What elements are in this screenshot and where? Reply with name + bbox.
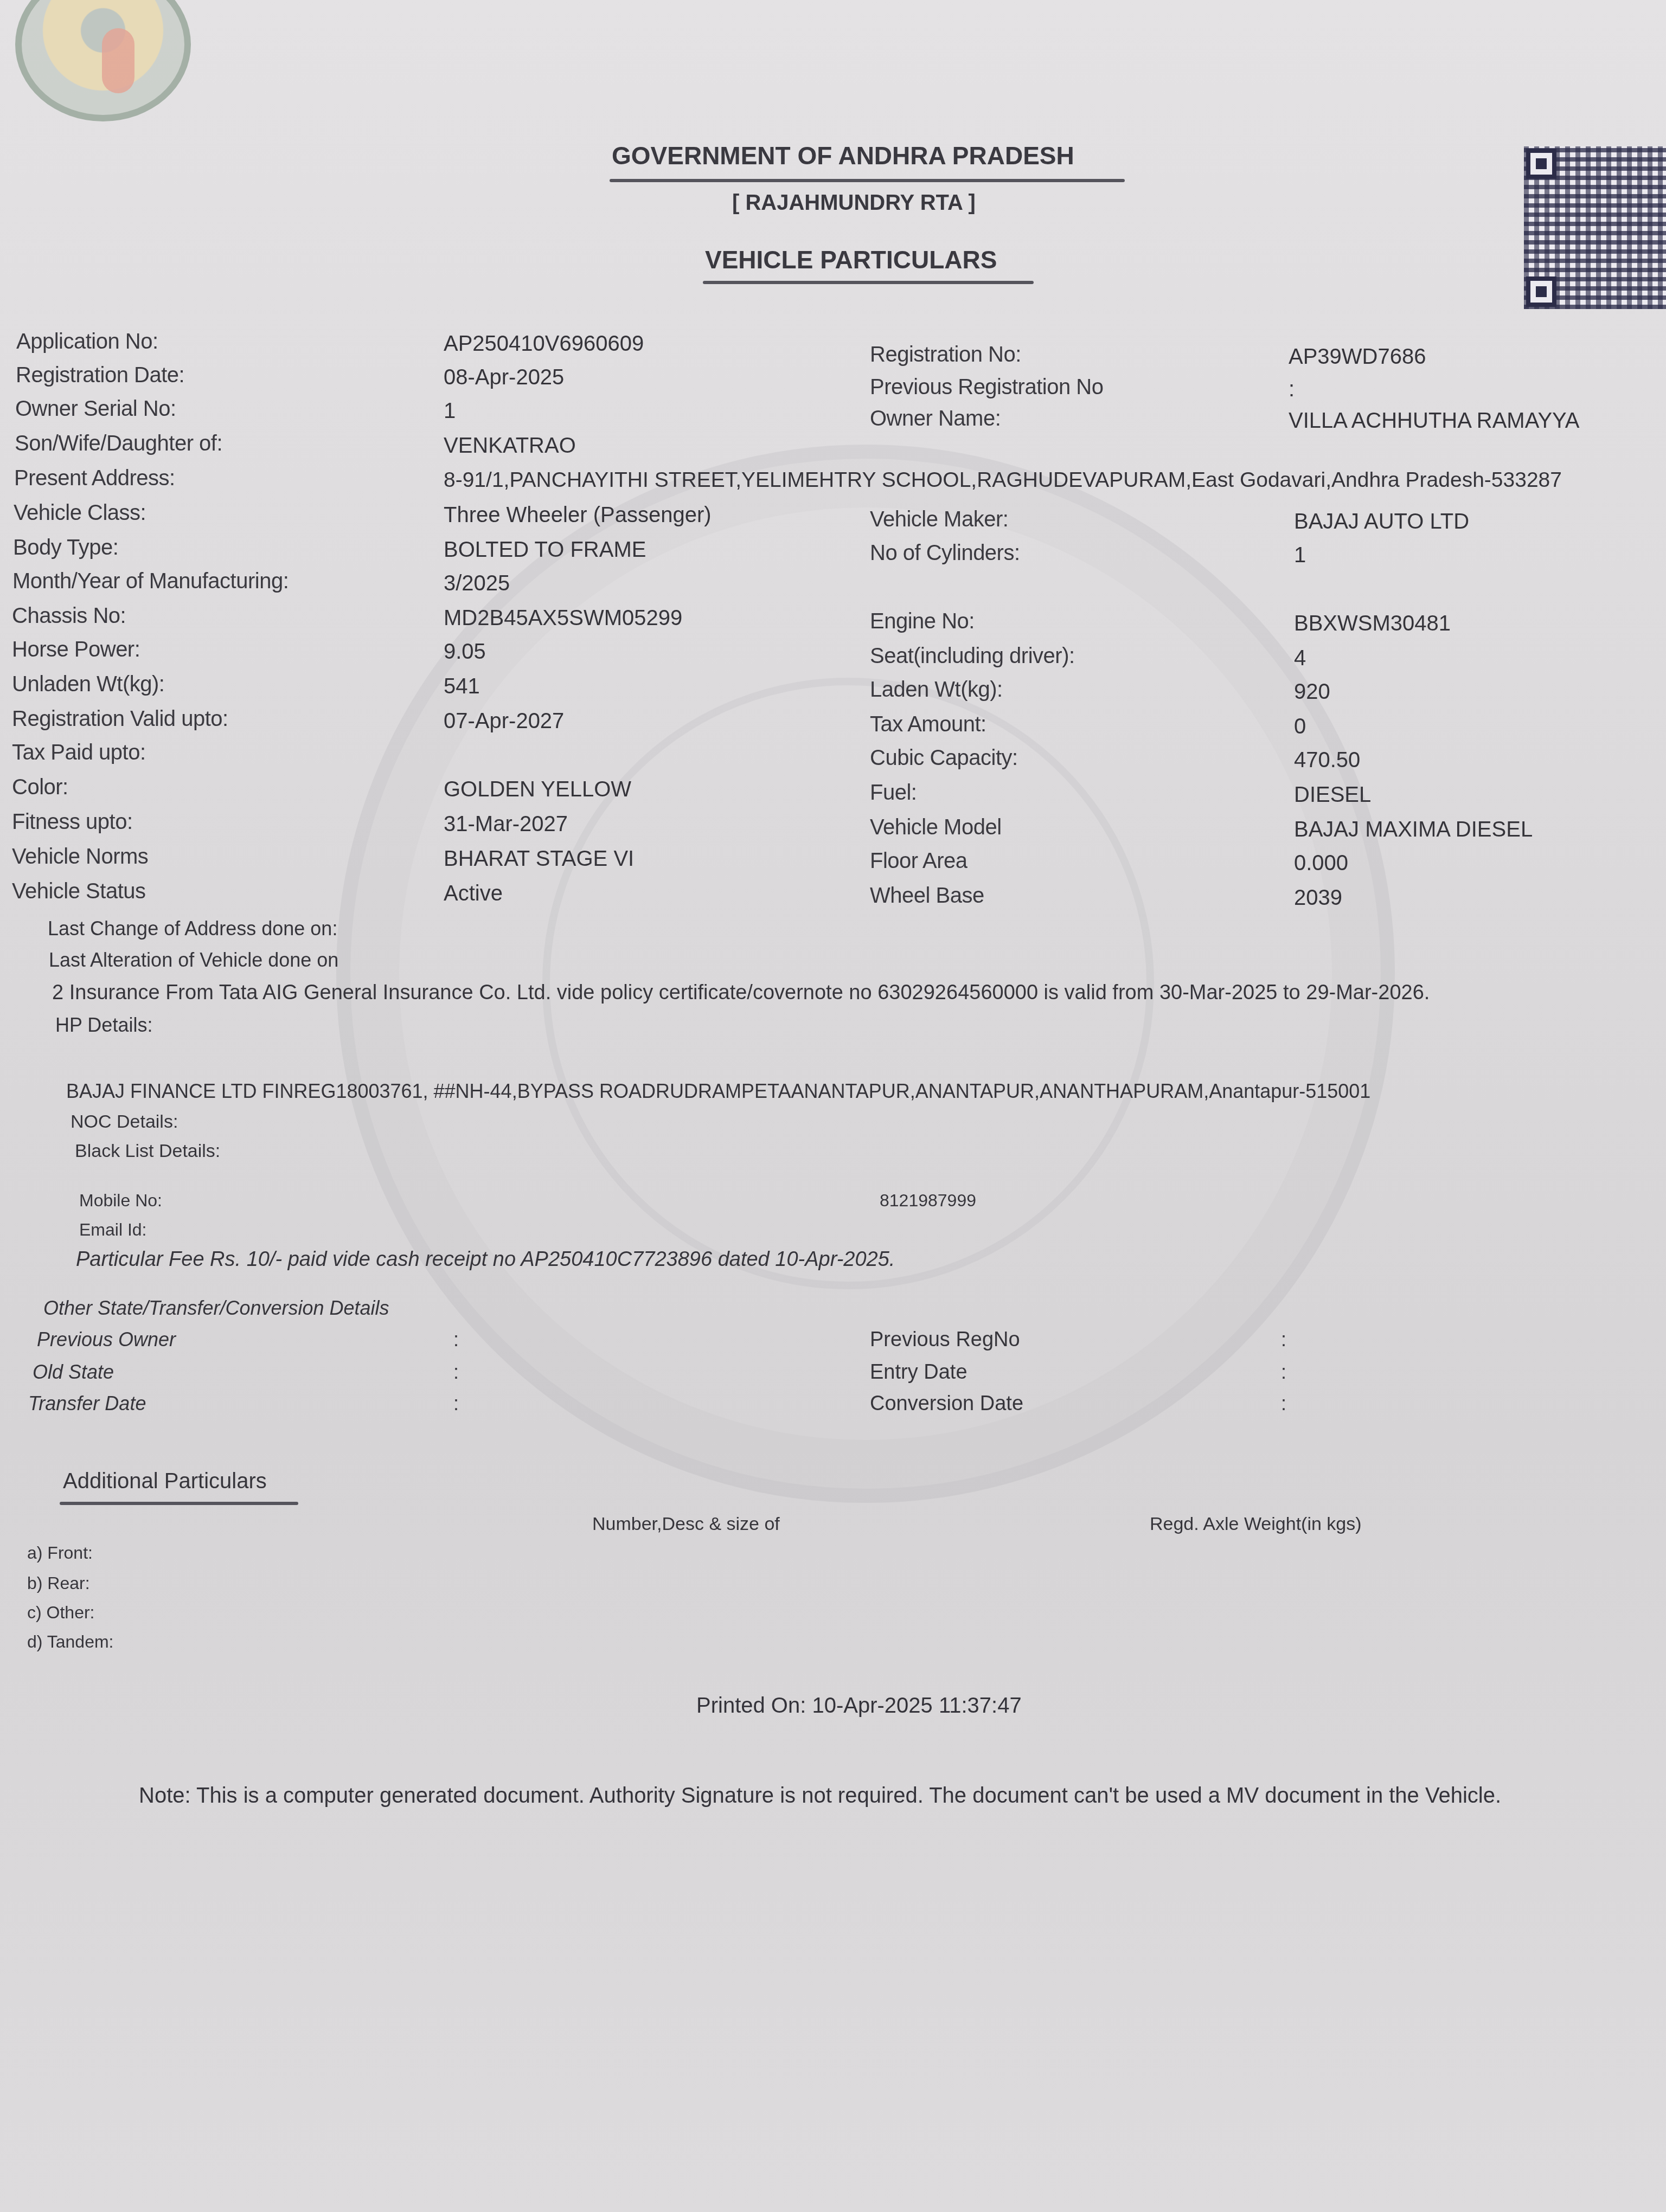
field-label: Tax Amount: (870, 712, 986, 737)
field-value: 1 (444, 399, 456, 423)
field-label: Horse Power: (12, 638, 140, 662)
field-label: Tax Paid upto: (12, 741, 146, 765)
axle-row-label: a) Front: (27, 1543, 93, 1563)
field-value: BOLTED TO FRAME (444, 538, 646, 562)
hp-details-value: BAJAJ FINANCE LTD FINREG18003761, ##NH-4… (66, 1080, 1370, 1103)
field-value: DIESEL (1294, 783, 1371, 807)
axle-col-weight: Regd. Axle Weight(in kgs) (1150, 1514, 1362, 1535)
field-value: 31-Mar-2027 (444, 812, 568, 837)
field-label: Vehicle Maker: (870, 507, 1008, 532)
transfer-label: Previous Owner (37, 1328, 176, 1351)
field-label: Wheel Base (870, 884, 984, 908)
transfer-value: : (1281, 1392, 1286, 1415)
transfer-value: : (1281, 1361, 1286, 1384)
transfer-label: Entry Date (870, 1361, 967, 1384)
field-value: 07-Apr-2027 (444, 709, 564, 734)
mobile-value: 8121987999 (880, 1191, 976, 1211)
transfer-value: : (453, 1392, 459, 1415)
transfer-label: Transfer Date (28, 1392, 146, 1415)
field-label: Color: (12, 775, 68, 800)
mobile-label: Mobile No: (79, 1191, 162, 1211)
page-title: VEHICLE PARTICULARS (705, 245, 997, 274)
field-label: Laden Wt(kg): (870, 678, 1003, 702)
field-value: 08-Apr-2025 (444, 365, 564, 390)
field-value: 4 (1294, 646, 1306, 671)
transfer-label: Old State (33, 1361, 114, 1384)
field-label: Seat(including driver): (870, 644, 1075, 668)
transfer-value: : (1281, 1328, 1286, 1351)
field-value: 0 (1294, 715, 1306, 739)
transfer-label: Conversion Date (870, 1392, 1023, 1416)
field-value: 8-91/1,PANCHAYITHI STREET,YELIMEHTRY SCH… (444, 468, 1562, 492)
title-underline (703, 281, 1034, 284)
field-label: Unladen Wt(kg): (12, 672, 164, 697)
blacklist-details-label: Black List Details: (75, 1141, 220, 1162)
email-label: Email Id: (79, 1220, 146, 1240)
field-label: Floor Area (870, 849, 967, 873)
field-label: Present Address: (14, 466, 175, 491)
qr-finder-icon (1526, 149, 1556, 179)
additional-underline (60, 1502, 298, 1505)
transfer-value: : (453, 1361, 459, 1384)
office-name: [ RAJAHMUNDRY RTA ] (732, 191, 976, 215)
field-label: Engine No: (870, 609, 975, 634)
field-value: 541 (444, 674, 480, 699)
field-label: Vehicle Status (12, 879, 146, 904)
field-value: GOLDEN YELLOW (444, 777, 631, 802)
field-value: 2039 (1294, 886, 1342, 910)
axle-row-label: d) Tandem: (27, 1632, 114, 1652)
field-label: Application No: (16, 330, 158, 354)
field-value: 3/2025 (444, 571, 510, 596)
field-label: Previous Registration No (870, 375, 1103, 400)
emblem-center-icon (102, 28, 134, 93)
transfer-value: : (453, 1328, 459, 1351)
heading-underline (610, 179, 1125, 182)
field-value: 0.000 (1294, 851, 1348, 876)
field-value: AP250410V6960609 (444, 332, 644, 356)
qr-code-icon (1524, 146, 1666, 309)
field-label: Owner Name: (870, 407, 1001, 431)
insurance-details: 2 Insurance From Tata AIG General Insura… (52, 981, 1430, 1005)
field-label: Registration Valid upto: (12, 707, 228, 731)
field-value: BBXWSM30481 (1294, 612, 1451, 636)
footer-note: Note: This is a computer generated docum… (139, 1784, 1501, 1808)
field-value: Active (444, 882, 503, 906)
field-value: Three Wheeler (Passenger) (444, 503, 712, 528)
field-value: VENKATRAO (444, 434, 576, 458)
field-label: Fitness upto: (12, 810, 133, 834)
field-label: Owner Serial No: (15, 397, 176, 421)
field-value: : (1289, 377, 1295, 402)
axle-col-number-desc: Number,Desc & size of (592, 1514, 780, 1535)
field-label: No of Cylinders: (870, 541, 1020, 565)
andhra-pradesh-emblem-icon (15, 0, 191, 121)
field-value: VILLA ACHHUTHA RAMAYYA (1289, 409, 1579, 433)
field-value: AP39WD7686 (1289, 345, 1426, 369)
additional-heading: Additional Particulars (63, 1469, 267, 1494)
field-label: Fuel: (870, 781, 917, 805)
field-value: 920 (1294, 680, 1330, 704)
field-value: 470.50 (1294, 748, 1360, 773)
noc-details-label: NOC Details: (71, 1111, 178, 1133)
field-label: Chassis No: (12, 604, 126, 628)
field-value: BHARAT STAGE VI (444, 847, 634, 871)
printed-on: Printed On: 10-Apr-2025 11:37:47 (696, 1694, 1022, 1718)
field-value: BAJAJ AUTO LTD (1294, 510, 1469, 534)
axle-row-label: c) Other: (27, 1603, 94, 1623)
transfer-heading: Other State/Transfer/Conversion Details (43, 1297, 389, 1320)
government-heading: GOVERNMENT OF ANDHRA PRADESH (612, 141, 1074, 170)
field-label: Registration No: (870, 343, 1021, 367)
hp-details-label: HP Details: (55, 1014, 152, 1037)
field-label: Vehicle Model (870, 815, 1002, 840)
qr-finder-icon (1526, 276, 1556, 307)
fee-note: Particular Fee Rs. 10/- paid vide cash r… (76, 1248, 895, 1271)
field-label: Cubic Capacity: (870, 746, 1018, 770)
field-value: 9.05 (444, 640, 486, 664)
transfer-label: Previous RegNo (870, 1328, 1020, 1352)
field-value: BAJAJ MAXIMA DIESEL (1294, 818, 1533, 842)
field-label: Month/Year of Manufacturing: (12, 569, 289, 594)
field-label: Vehicle Class: (14, 501, 146, 525)
field-label: Registration Date: (16, 363, 184, 388)
field-label: Vehicle Norms (12, 845, 148, 869)
last-address-change-label: Last Change of Address done on: (48, 917, 337, 940)
axle-row-label: b) Rear: (27, 1573, 90, 1593)
field-value: 1 (1294, 543, 1306, 568)
field-value: MD2B45AX5SWM05299 (444, 606, 682, 631)
field-label: Body Type: (13, 536, 118, 560)
last-alteration-label: Last Alteration of Vehicle done on (49, 949, 338, 972)
field-label: Son/Wife/Daughter of: (15, 432, 222, 456)
